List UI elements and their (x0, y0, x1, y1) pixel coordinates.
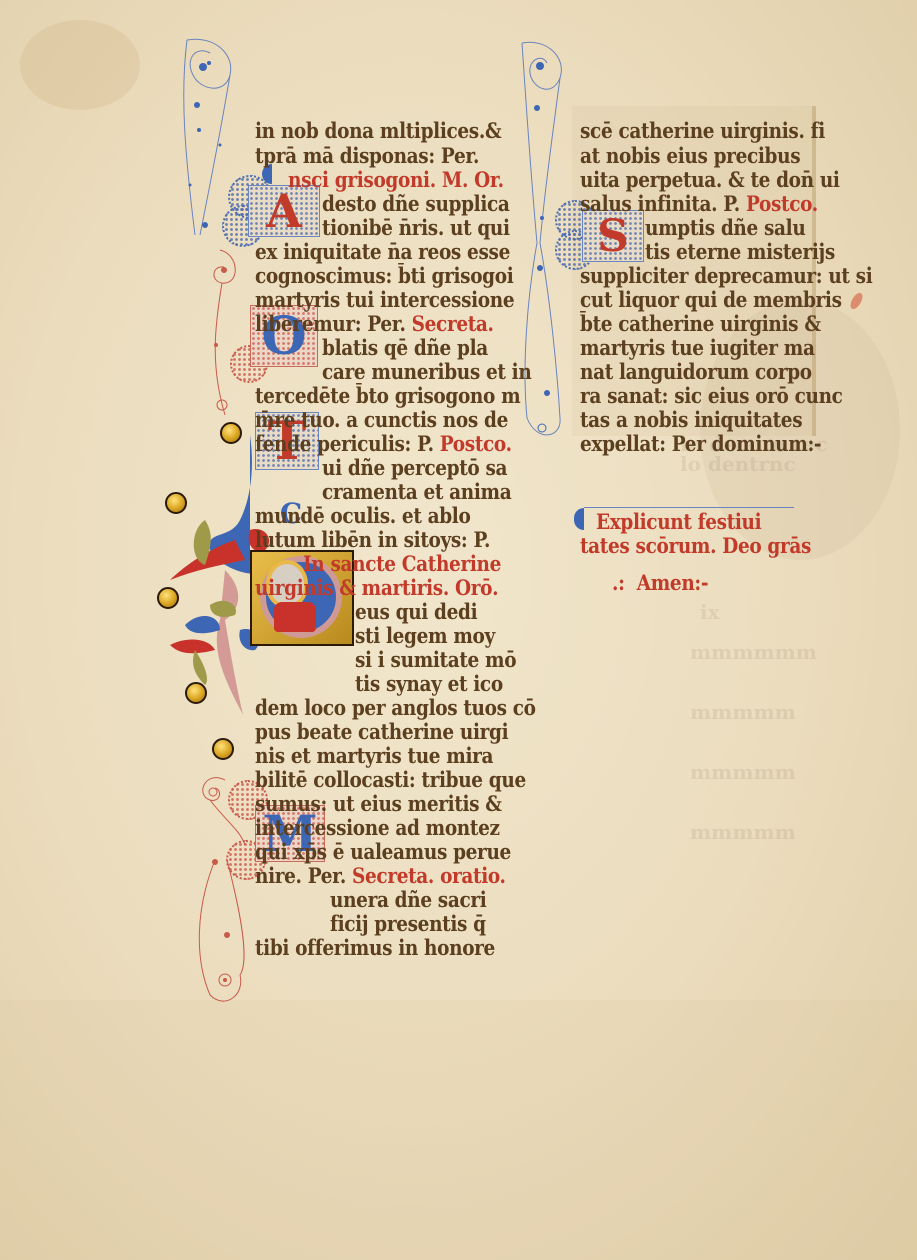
text-line: umptis dñe salu (645, 215, 805, 240)
initial-s: S (582, 210, 644, 262)
explicit-bracket-line (584, 507, 794, 508)
right-column: S scē catherine uirginis. fi at nobis ei… (0, 0, 917, 1260)
text-line: salus infinita. P. Postco. (580, 191, 818, 216)
amen-line: .: Amen:- (612, 570, 708, 595)
text-line: nat languidorum corpo (580, 359, 812, 384)
text-line: tas a nobis iniquitates (580, 407, 802, 432)
explicit-line: tates scōrum. Deo grās (580, 533, 811, 558)
text-line: cut liquor qui de membris (580, 287, 842, 312)
text-line: expellat: Per dominum:- (580, 431, 821, 456)
text-line: martyris tue iugiter ma (580, 335, 815, 360)
text-line: tis eterne misterijs (645, 239, 835, 264)
explicit-line: Explicunt festiui (596, 509, 761, 534)
blue-paraph-icon (574, 508, 584, 530)
text-line: scē catherine uirginis. fi (580, 118, 825, 143)
text-line: ra sanat: sic eius orō cunc (580, 383, 843, 408)
text-line: uita perpetua. & te don̄ ui (580, 167, 840, 192)
text-line: suppliciter deprecamur: ut si (580, 263, 872, 288)
text-line: b̄te catherine uirginis & (580, 311, 821, 336)
text-line: at nobis eius precibus (580, 143, 800, 168)
